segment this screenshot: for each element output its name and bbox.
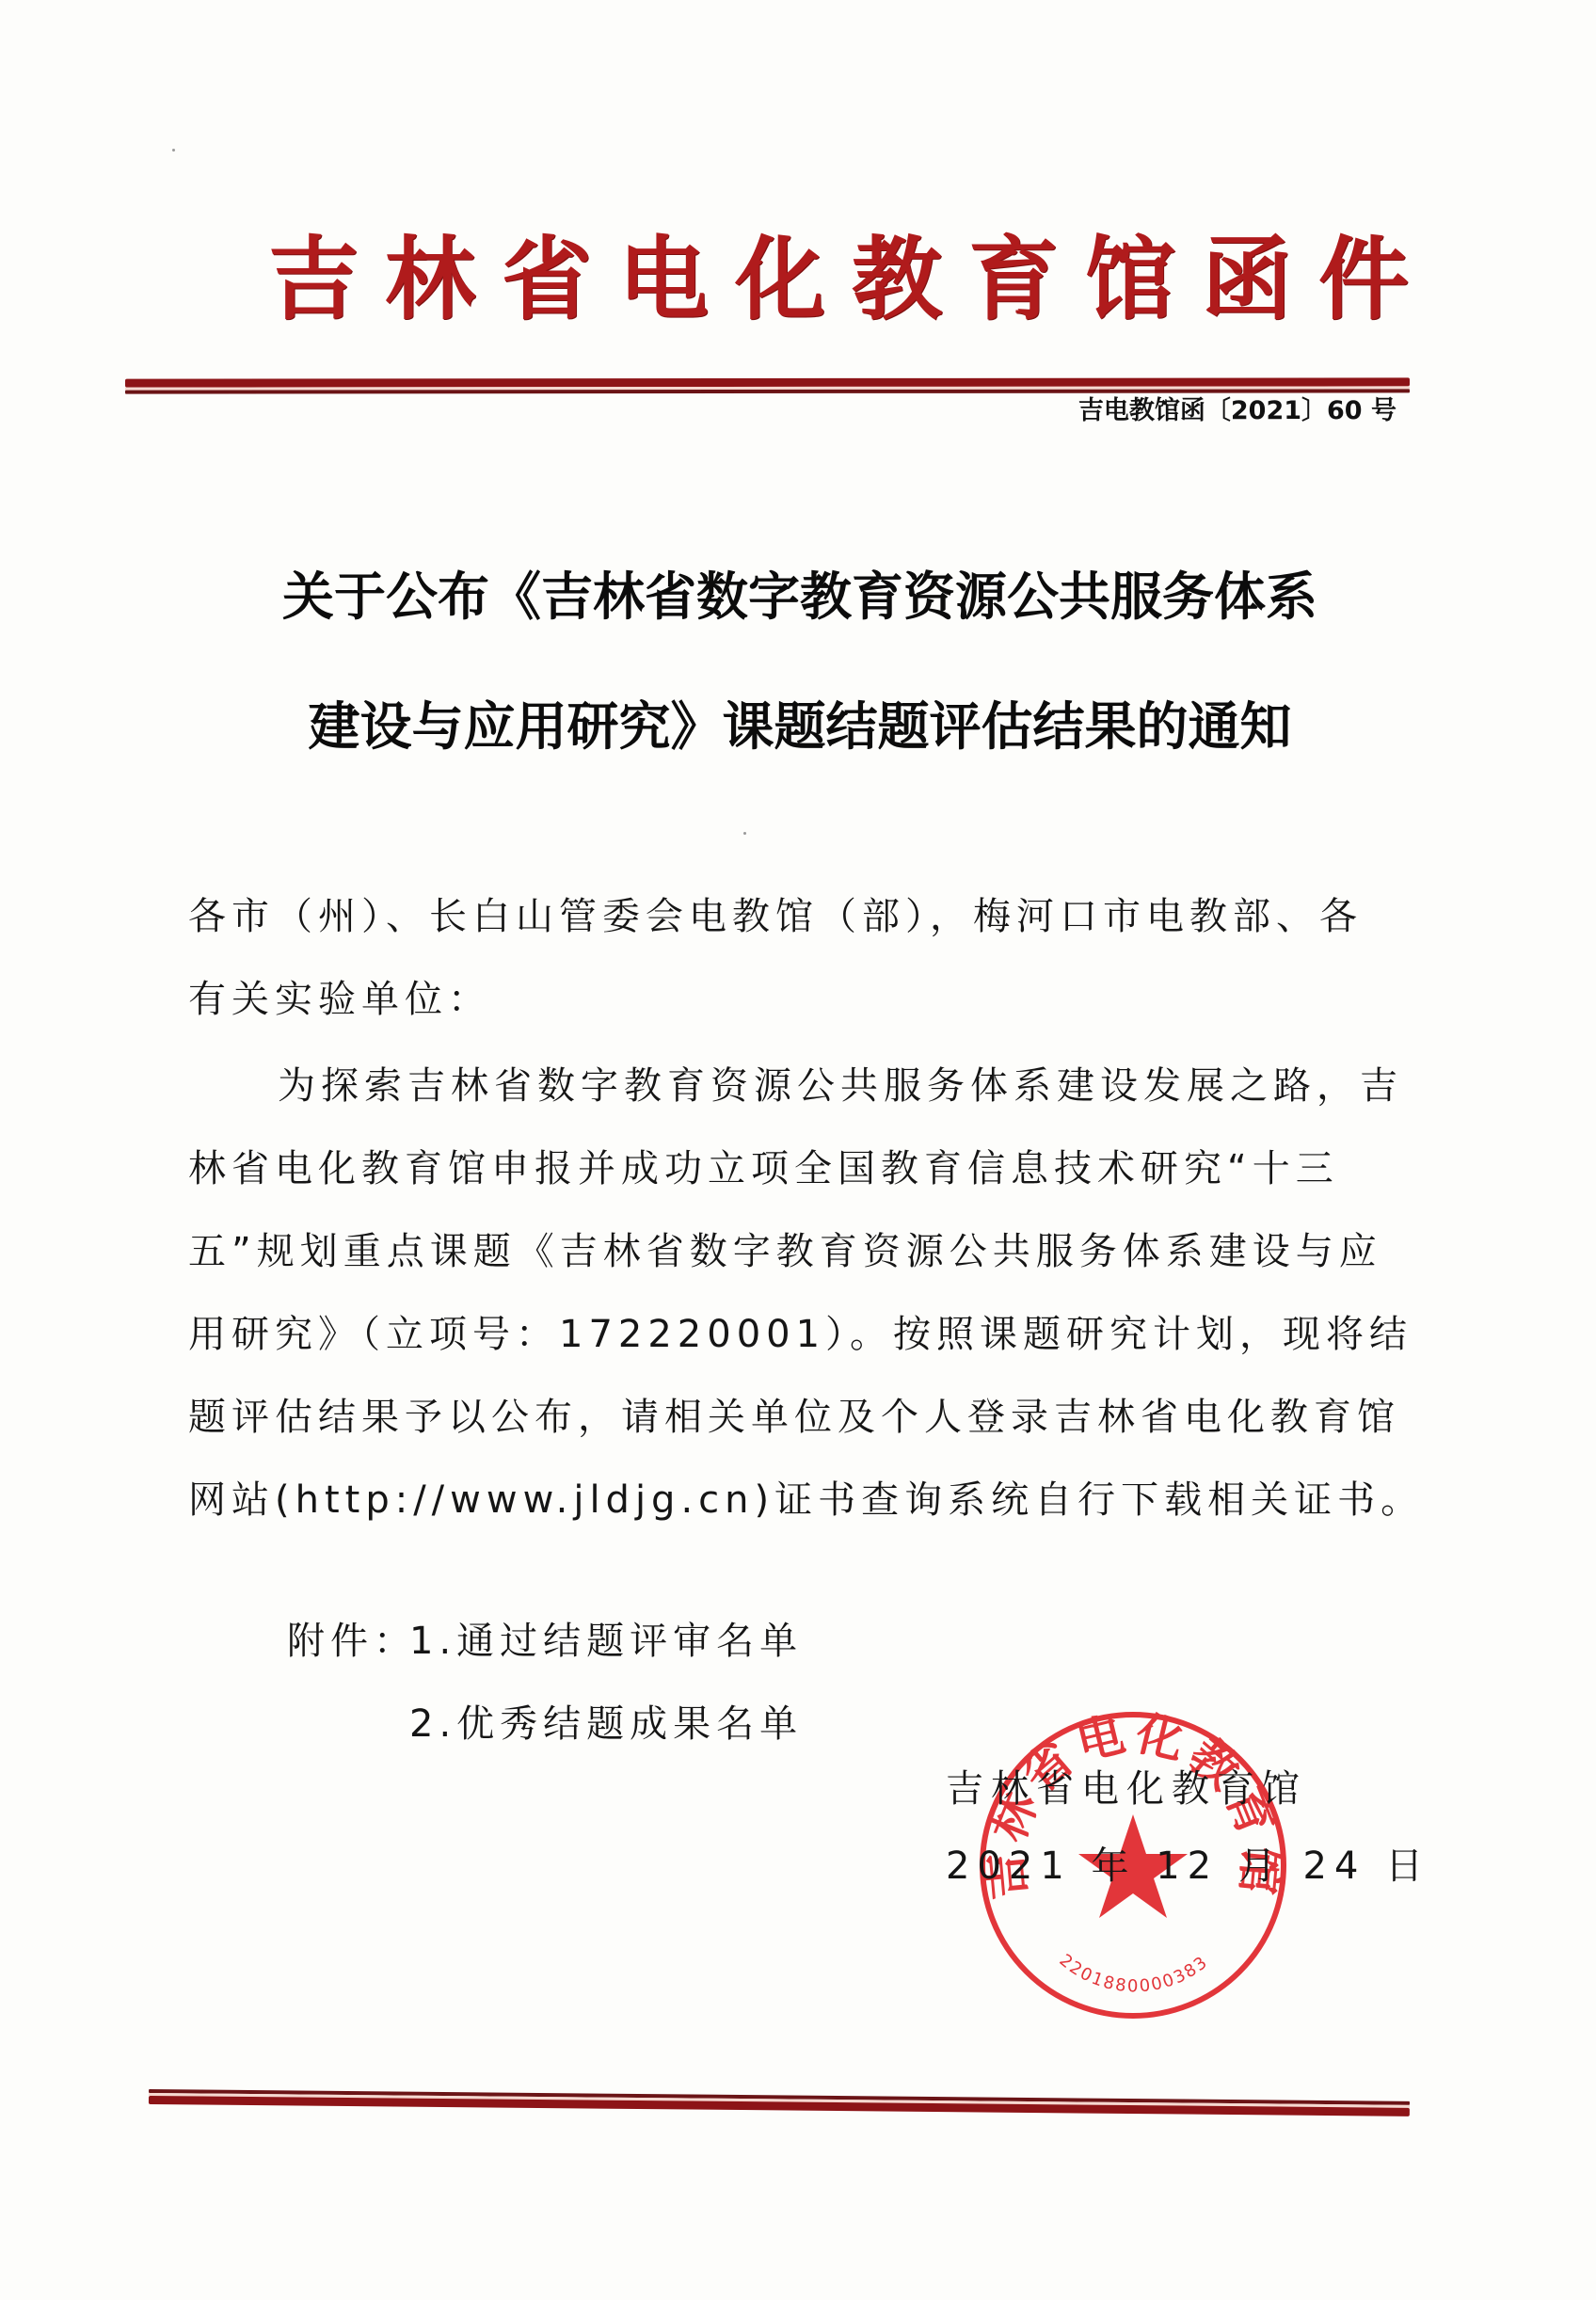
signature-block: 吉林省电化教育馆 2021 年 12 月 24 日 — [946, 1750, 1430, 1905]
footer-divider — [149, 2089, 1410, 2116]
body-paragraph: 为探索吉林省数字教育资源公共服务体系建设发展之路，吉 林省电化教育馆申报并成功立… — [188, 1045, 1421, 1541]
letterhead-title: 吉林省电化教育馆函件 — [268, 218, 1322, 341]
attachment-item: 2.优秀结题成果名单 — [409, 1702, 803, 1746]
paragraph-line-with-website-link[interactable]: 网站(http://www.jldjg.cn)证书查询系统自行下载相关证书。 — [188, 1459, 1421, 1541]
attachment-item: 1.通过结题评审名单 — [409, 1620, 803, 1663]
paragraph-line: 五”规划重点课题《吉林省数字教育资源公共服务体系建设与应 — [188, 1210, 1421, 1293]
paragraph-line: 题评估结果予以公布，请相关单位及个人登录吉林省电化教育馆 — [188, 1376, 1421, 1459]
seal-serial-number: 2201880000383 — [1056, 1950, 1213, 1996]
attachments-label: 附件： — [287, 1600, 409, 1683]
salutation: 各市（州）、长白山管委会电教馆（部），梅河口市电教部、各 有关实验单位： — [188, 875, 1421, 1041]
salutation-line: 有关实验单位： — [188, 958, 1421, 1041]
signing-date: 2021 年 12 月 24 日 — [946, 1828, 1430, 1905]
signing-organization: 吉林省电化教育馆 — [946, 1750, 1430, 1828]
salutation-line: 各市（州）、长白山管委会电教馆（部），梅河口市电教部、各 — [188, 875, 1421, 958]
document-number: 吉电教馆函〔2021〕60 号 — [1078, 388, 1396, 435]
scan-speck — [743, 832, 746, 835]
paragraph-line: 为探索吉林省数字教育资源公共服务体系建设发展之路，吉 — [188, 1045, 1421, 1127]
paragraph-line: 用研究》（立项号：172220001）。按照课题研究计划，现将结 — [188, 1293, 1421, 1376]
attachments-list: 附件：1.通过结题评审名单 2.优秀结题成果名单 — [287, 1600, 803, 1765]
notice-title-line-1: 关于公布《吉林省数字教育资源公共服务体系 — [174, 555, 1426, 630]
scan-speck — [172, 149, 175, 152]
paragraph-line: 林省电化教育馆申报并成功立项全国教育信息技术研究“十三 — [188, 1127, 1421, 1210]
notice-title-line-2: 建设与应用研究》课题结题评估结果的通知 — [174, 685, 1426, 759]
